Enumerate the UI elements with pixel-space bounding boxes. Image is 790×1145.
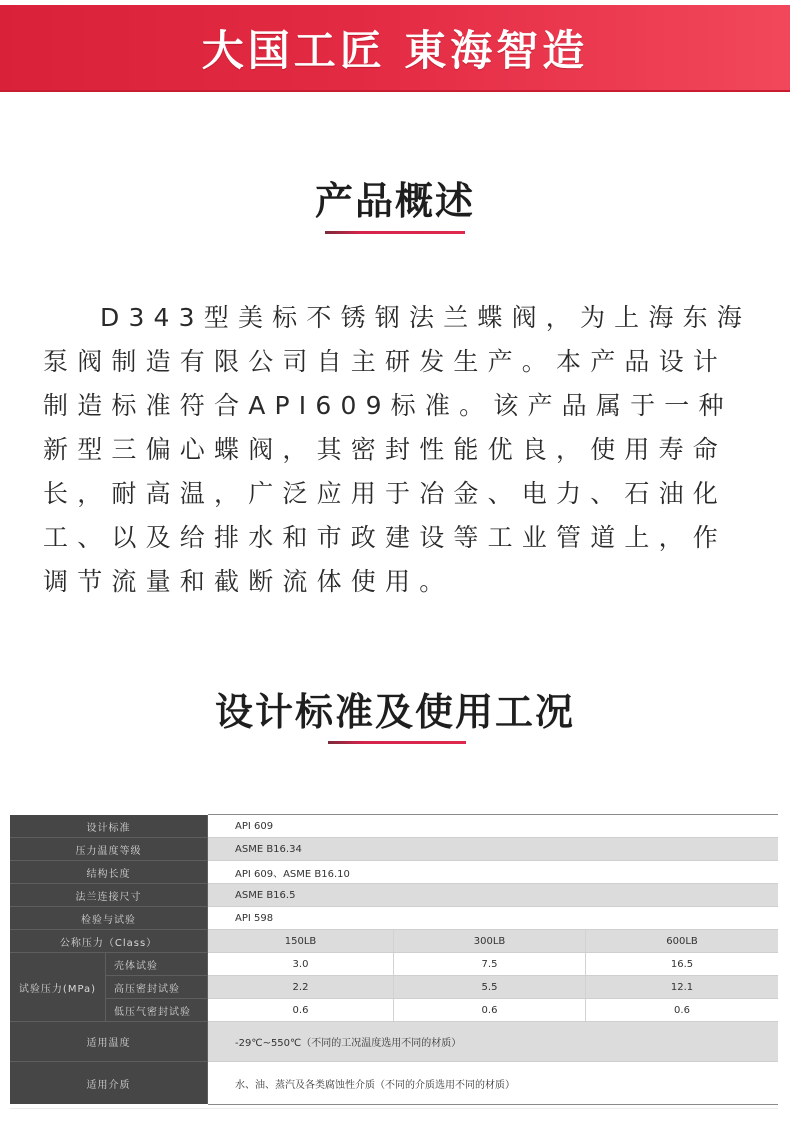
test-pressure-label: 试验压力(MPa) <box>10 953 106 1022</box>
test-value: 0.6 <box>585 999 778 1022</box>
banner-title: 大国工匠 東海智造 <box>202 18 589 78</box>
test-label: 壳体试验 <box>106 953 208 976</box>
table-row: 检验与试验 API 598 <box>10 907 778 930</box>
table-row-class: 公称压力（Class） 150LB 300LB 600LB <box>10 930 778 953</box>
temperature-value: -29℃~550℃（不同的工况温度选用不同的材质） <box>208 1022 778 1062</box>
row-label: 结构长度 <box>10 861 208 884</box>
media-label: 适用介质 <box>10 1062 208 1104</box>
row-value: ASME B16.34 <box>208 838 778 861</box>
table-row: 壳体试验 3.0 7.5 16.5 <box>106 953 778 976</box>
overview-title-underline <box>325 231 465 234</box>
paragraph-line: 泵阀制造有限公司自主研发生产。本产品设计 <box>43 340 755 384</box>
test-value: 0.6 <box>393 999 585 1022</box>
row-label: 设计标准 <box>10 815 208 838</box>
paragraph-line: 长，耐高温，广泛应用于冶金、电力、石油化 <box>43 472 755 516</box>
class-label: 公称压力（Class） <box>10 930 208 953</box>
paragraph-line: D343型美标不锈钢法兰蝶阀，为上海东海 <box>43 296 755 340</box>
row-value: API 598 <box>208 907 778 930</box>
class-value: 300LB <box>393 930 585 953</box>
standards-title-underline <box>328 741 466 744</box>
row-value: API 609、ASME B16.10 <box>208 861 778 884</box>
overview-paragraph: D343型美标不锈钢法兰蝶阀，为上海东海 泵阀制造有限公司自主研发生产。本产品设… <box>43 296 755 604</box>
table-row-temperature: 适用温度 -29℃~550℃（不同的工况温度选用不同的材质） <box>10 1022 778 1062</box>
table-row: 压力温度等级 ASME B16.34 <box>10 838 778 861</box>
row-value: API 609 <box>208 815 778 838</box>
test-value: 16.5 <box>585 953 778 976</box>
row-value: ASME B16.5 <box>208 884 778 907</box>
paragraph-line: 制造标准符合API609标准。该产品属于一种 <box>43 384 755 428</box>
class-value: 150LB <box>208 930 393 953</box>
overview-title: 产品概述 <box>0 170 790 225</box>
table-row: 高压密封试验 2.2 5.5 12.1 <box>106 976 778 999</box>
header-banner: 大国工匠 東海智造 <box>0 5 790 92</box>
media-value: 水、油、蒸汽及各类腐蚀性介质（不同的介质选用不同的材质） <box>208 1062 778 1104</box>
table-row: 设计标准 API 609 <box>10 815 778 838</box>
row-label: 检验与试验 <box>10 907 208 930</box>
test-value: 5.5 <box>393 976 585 999</box>
paragraph-line: 新型三偏心蝶阀，其密封性能优良，使用寿命 <box>43 428 755 472</box>
table-bottom-border <box>208 1104 778 1105</box>
test-value: 12.1 <box>585 976 778 999</box>
test-label: 高压密封试验 <box>106 976 208 999</box>
temperature-label: 适用温度 <box>10 1022 208 1062</box>
standards-title: 设计标准及使用工况 <box>0 681 790 736</box>
test-label: 低压气密封试验 <box>106 999 208 1022</box>
table-row: 结构长度 API 609、ASME B16.10 <box>10 861 778 884</box>
test-value: 0.6 <box>208 999 393 1022</box>
row-label: 法兰连接尺寸 <box>10 884 208 907</box>
test-value: 2.2 <box>208 976 393 999</box>
paragraph-line: 工、以及给排水和市政建设等工业管道上，作 <box>43 516 755 560</box>
table-row-media: 适用介质 水、油、蒸汽及各类腐蚀性介质（不同的介质选用不同的材质） <box>10 1062 778 1104</box>
paragraph-line: 调节流量和截断流体使用。 <box>43 560 755 604</box>
table-row: 法兰连接尺寸 ASME B16.5 <box>10 884 778 907</box>
test-value: 3.0 <box>208 953 393 976</box>
row-label: 压力温度等级 <box>10 838 208 861</box>
class-value: 600LB <box>585 930 778 953</box>
table-divider <box>10 1108 778 1109</box>
test-value: 7.5 <box>393 953 585 976</box>
table-row: 低压气密封试验 0.6 0.6 0.6 <box>106 999 778 1022</box>
